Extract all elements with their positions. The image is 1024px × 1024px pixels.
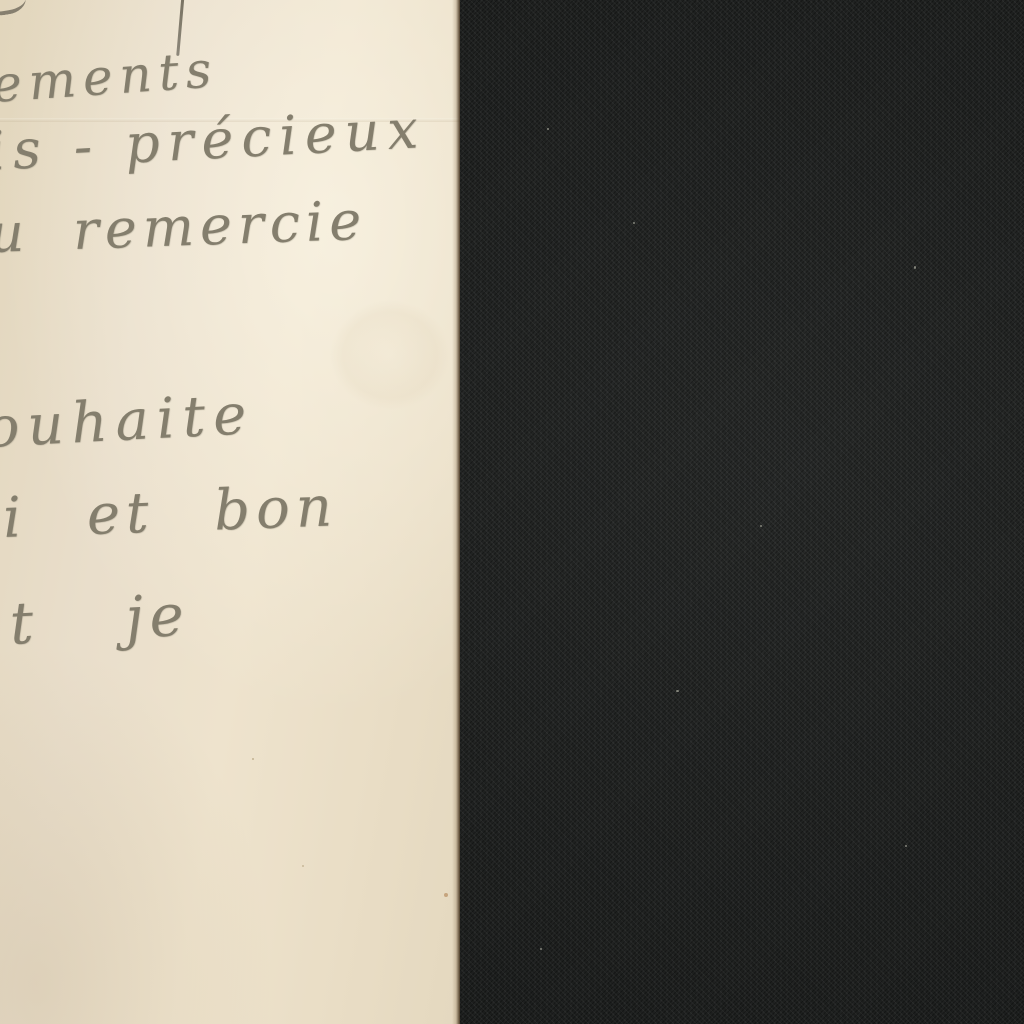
handwriting-line-4: ouhaite bbox=[0, 382, 256, 461]
fabric-speck bbox=[633, 222, 635, 224]
paper-speck bbox=[444, 893, 448, 897]
fabric-speck bbox=[540, 948, 542, 950]
handwriting-line-2: is - précieux bbox=[0, 97, 427, 183]
paper-sheen bbox=[330, 300, 450, 410]
fabric-speck bbox=[676, 690, 679, 692]
handwriting-line-1: ements bbox=[0, 40, 220, 114]
letter-paper: ements is - précieux u remercie ouhaite … bbox=[0, 0, 460, 1024]
pen-stroke-corner bbox=[0, 0, 28, 16]
paper-speck bbox=[252, 758, 254, 760]
fabric-speck bbox=[760, 525, 762, 527]
photographed-letter: ements is - précieux u remercie ouhaite … bbox=[0, 0, 1024, 1024]
fabric-speck bbox=[547, 128, 549, 130]
fabric-speck bbox=[905, 845, 907, 847]
fabric-speck bbox=[914, 266, 916, 269]
handwriting-line-5: i et bon bbox=[2, 474, 339, 551]
handwriting-line-3: u remercie bbox=[0, 189, 368, 265]
handwriting-line-6: t je bbox=[8, 581, 191, 658]
paper-speck bbox=[302, 865, 304, 867]
